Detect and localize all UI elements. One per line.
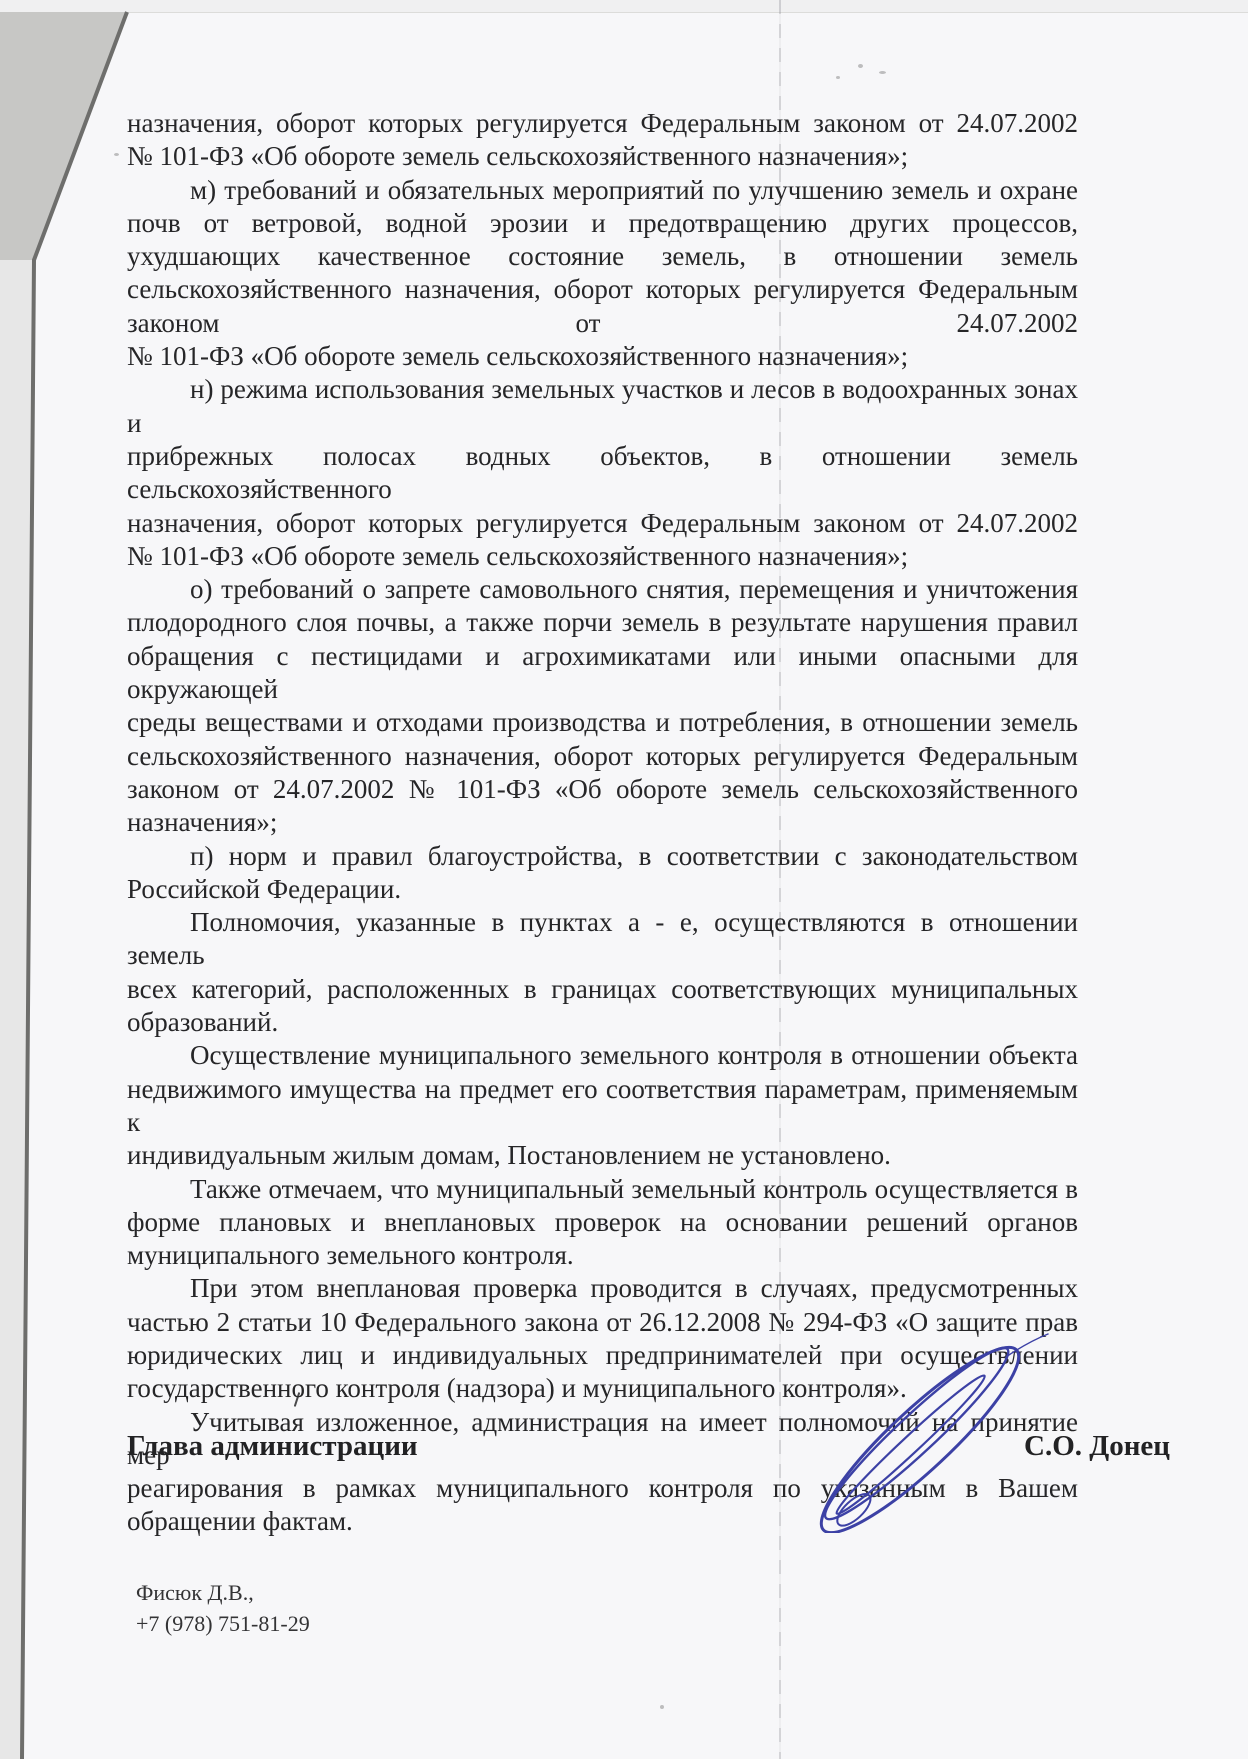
text-line: н) режима использования земельных участк… bbox=[127, 373, 1078, 440]
text-line: Российской Федерации. bbox=[127, 873, 1078, 906]
text-line: всех категорий, расположенных в границах… bbox=[127, 973, 1078, 1006]
text-line: о) требований о запрете самовольного сня… bbox=[127, 573, 1078, 606]
scan-artifact-left-edge bbox=[0, 0, 140, 1759]
text-line: индивидуальным жилым домам, Постановлени… bbox=[127, 1139, 1078, 1172]
contact-phone: +7 (978) 751-81-29 bbox=[136, 1608, 310, 1639]
text-line: муниципального земельного контроля. bbox=[127, 1239, 1078, 1272]
text-line: обращения с пестицидами и агрохимикатами… bbox=[127, 640, 1078, 707]
text-line: назначения, оборот которых регулируется … bbox=[127, 107, 1078, 140]
text-line: назначения, оборот которых регулируется … bbox=[127, 507, 1078, 540]
text-line: плодородного слоя почвы, а также порчи з… bbox=[127, 606, 1078, 639]
text-line: среды веществами и отходами производства… bbox=[127, 706, 1078, 739]
scan-speck bbox=[879, 71, 886, 74]
text-line: законом от 24.07.2002 № 101-ФЗ «Об оборо… bbox=[127, 773, 1078, 806]
scan-speck bbox=[858, 64, 863, 68]
text-line: форме плановых и внеплановых проверок на… bbox=[127, 1206, 1078, 1239]
text-line: При этом внеплановая проверка проводится… bbox=[127, 1272, 1078, 1305]
signature-ink bbox=[800, 1318, 1060, 1533]
scan-speck bbox=[836, 76, 840, 79]
text-line: почв от ветровой, водной эрозии и предот… bbox=[127, 207, 1078, 240]
scan-speck bbox=[660, 1705, 664, 1709]
text-line: сельскохозяйственного назначения, оборот… bbox=[127, 273, 1078, 306]
contact-name: Фисюк Д.В., bbox=[136, 1577, 310, 1608]
text-line: № 101-ФЗ «Об обороте земель сельскохозяй… bbox=[127, 540, 1078, 573]
text-line: Полномочия, указанные в пунктах а - е, о… bbox=[127, 906, 1078, 973]
text-line: м) требований и обязательных мероприятий… bbox=[127, 174, 1078, 207]
text-line: законом от 24.07.2002 bbox=[127, 307, 1078, 340]
scan-speck bbox=[114, 153, 119, 156]
text-line: № 101-ФЗ «Об обороте земель сельскохозяй… bbox=[127, 140, 1078, 173]
text-line: прибрежных полосах водных объектов, в от… bbox=[127, 440, 1078, 507]
text-line: недвижимого имущества на предмет его соо… bbox=[127, 1073, 1078, 1140]
text-line: назначения»; bbox=[127, 806, 1078, 839]
scanned-document-page: назначения, оборот которых регулируется … bbox=[0, 0, 1248, 1759]
text-line: Также отмечаем, что муниципальный земель… bbox=[127, 1173, 1078, 1206]
footer-contact: Фисюк Д.В., +7 (978) 751-81-29 bbox=[136, 1577, 310, 1639]
text-line: сельскохозяйственного назначения, оборот… bbox=[127, 740, 1078, 773]
text-line: образований. bbox=[127, 1006, 1078, 1039]
text-line: п) норм и правил благоустройства, в соот… bbox=[127, 840, 1078, 873]
text-line: ухудшающих качественное состояние земель… bbox=[127, 240, 1078, 273]
signer-title: Глава администрации bbox=[127, 1430, 418, 1463]
text-line: № 101-ФЗ «Об обороте земель сельскохозяй… bbox=[127, 340, 1078, 373]
text-line: Осуществление муниципального земельного … bbox=[127, 1039, 1078, 1072]
scan-artifact-top-edge bbox=[0, 0, 1248, 13]
